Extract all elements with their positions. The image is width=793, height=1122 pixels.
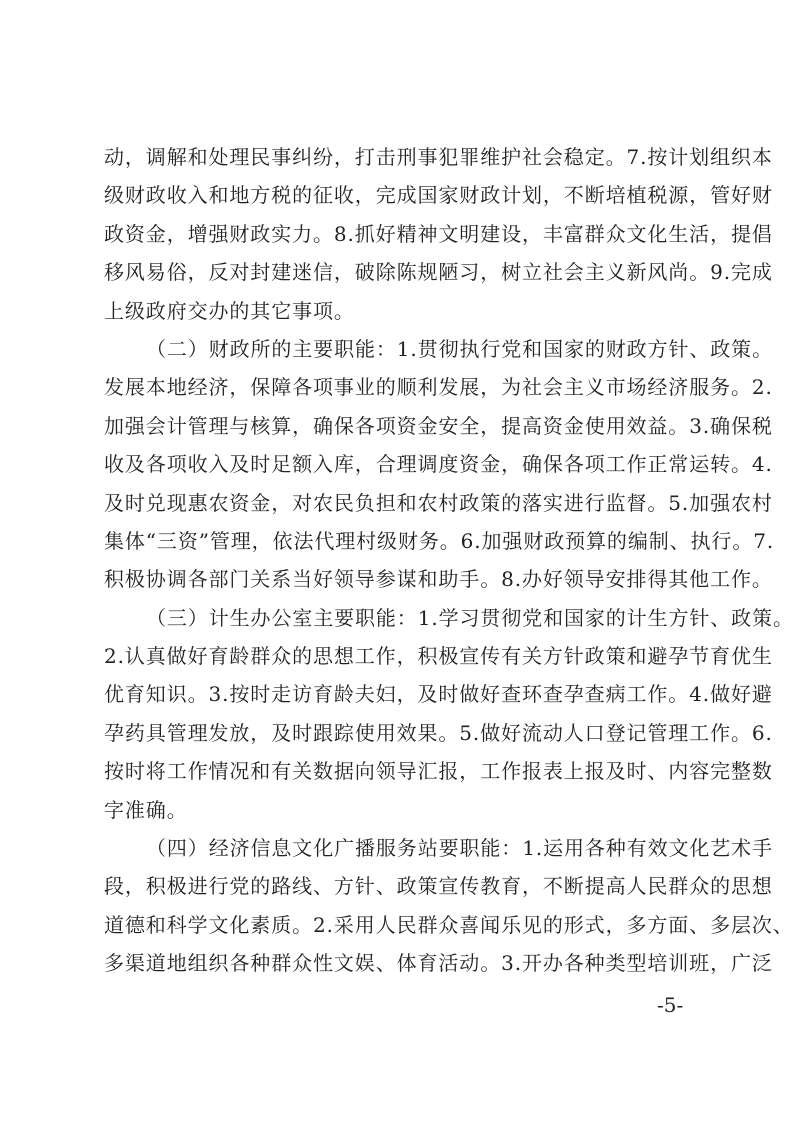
paragraph-first-line: （三）计生办公室主要职能：1.学习贯彻党和国家的计生方针、政策。 [104,599,692,637]
text-line: 移风易俗，反对封建迷信，破除陈规陋习，树立社会主义新风尚。9.完成 [104,253,692,291]
text-line: 2.认真做好育龄群众的思想工作，积极宣传有关方针政策和避孕节育优生 [104,637,692,675]
body-text: 动，调解和处理民事纠纷，打击刑事犯罪维护社会稳定。7.按计划组织本级财政收入和地… [104,138,692,983]
text-line: 集体“三资”管理，依法代理村级财务。6.加强财政预算的编制、执行。7. [104,522,692,560]
text-line: 加强会计管理与核算，确保各项资金安全，提高资金使用效益。3.确保税 [104,407,692,445]
text-line: 及时兑现惠农资金，对农民负担和农村政策的落实进行监督。5.加强农村 [104,484,692,522]
text-line: 字准确。 [104,791,692,829]
paragraph-first-line: （二）财政所的主要职能：1.贯彻执行党和国家的财政方针、政策。 [104,330,692,368]
text-line: 多渠道地组织各种群众性文娱、体育活动。3.开办各种类型培训班，广泛 [104,944,692,982]
text-line: 收及各项收入及时足额入库，合理调度资金，确保各项工作正常运转。4. [104,445,692,483]
text-line: 上级政府交办的其它事项。 [104,292,692,330]
text-line: 发展本地经济，保障各项事业的顺利发展，为社会主义市场经济服务。2. [104,368,692,406]
text-line: 级财政收入和地方税的征收，完成国家财政计划，不断培植税源，管好财 [104,176,692,214]
text-line: 积极协调各部门关系当好领导参谋和助手。8.办好领导安排得其他工作。 [104,560,692,598]
page-number: -5- [657,993,683,1017]
text-line: 道德和科学文化素质。2.采用人民群众喜闻乐见的形式，多方面、多层次、 [104,906,692,944]
text-line: 政资金，增强财政实力。8.抓好精神文明建设，丰富群众文化生活，提倡 [104,215,692,253]
text-line: 段，积极进行党的路线、方针、政策宣传教育，不断提高人民群众的思想 [104,867,692,905]
text-line: 动，调解和处理民事纠纷，打击刑事犯罪维护社会稳定。7.按计划组织本 [104,138,692,176]
text-line: 优育知识。3.按时走访育龄夫妇，及时做好查环查孕查病工作。4.做好避 [104,675,692,713]
text-line: 按时将工作情况和有关数据向领导汇报，工作报表上报及时、内容完整数 [104,752,692,790]
document-page: 动，调解和处理民事纠纷，打击刑事犯罪维护社会稳定。7.按计划组织本级财政收入和地… [0,0,793,1122]
paragraph-first-line: （四）经济信息文化广播服务站要职能：1.运用各种有效文化艺术手 [104,829,692,867]
text-line: 孕药具管理发放，及时跟踪使用效果。5.做好流动人口登记管理工作。6. [104,714,692,752]
